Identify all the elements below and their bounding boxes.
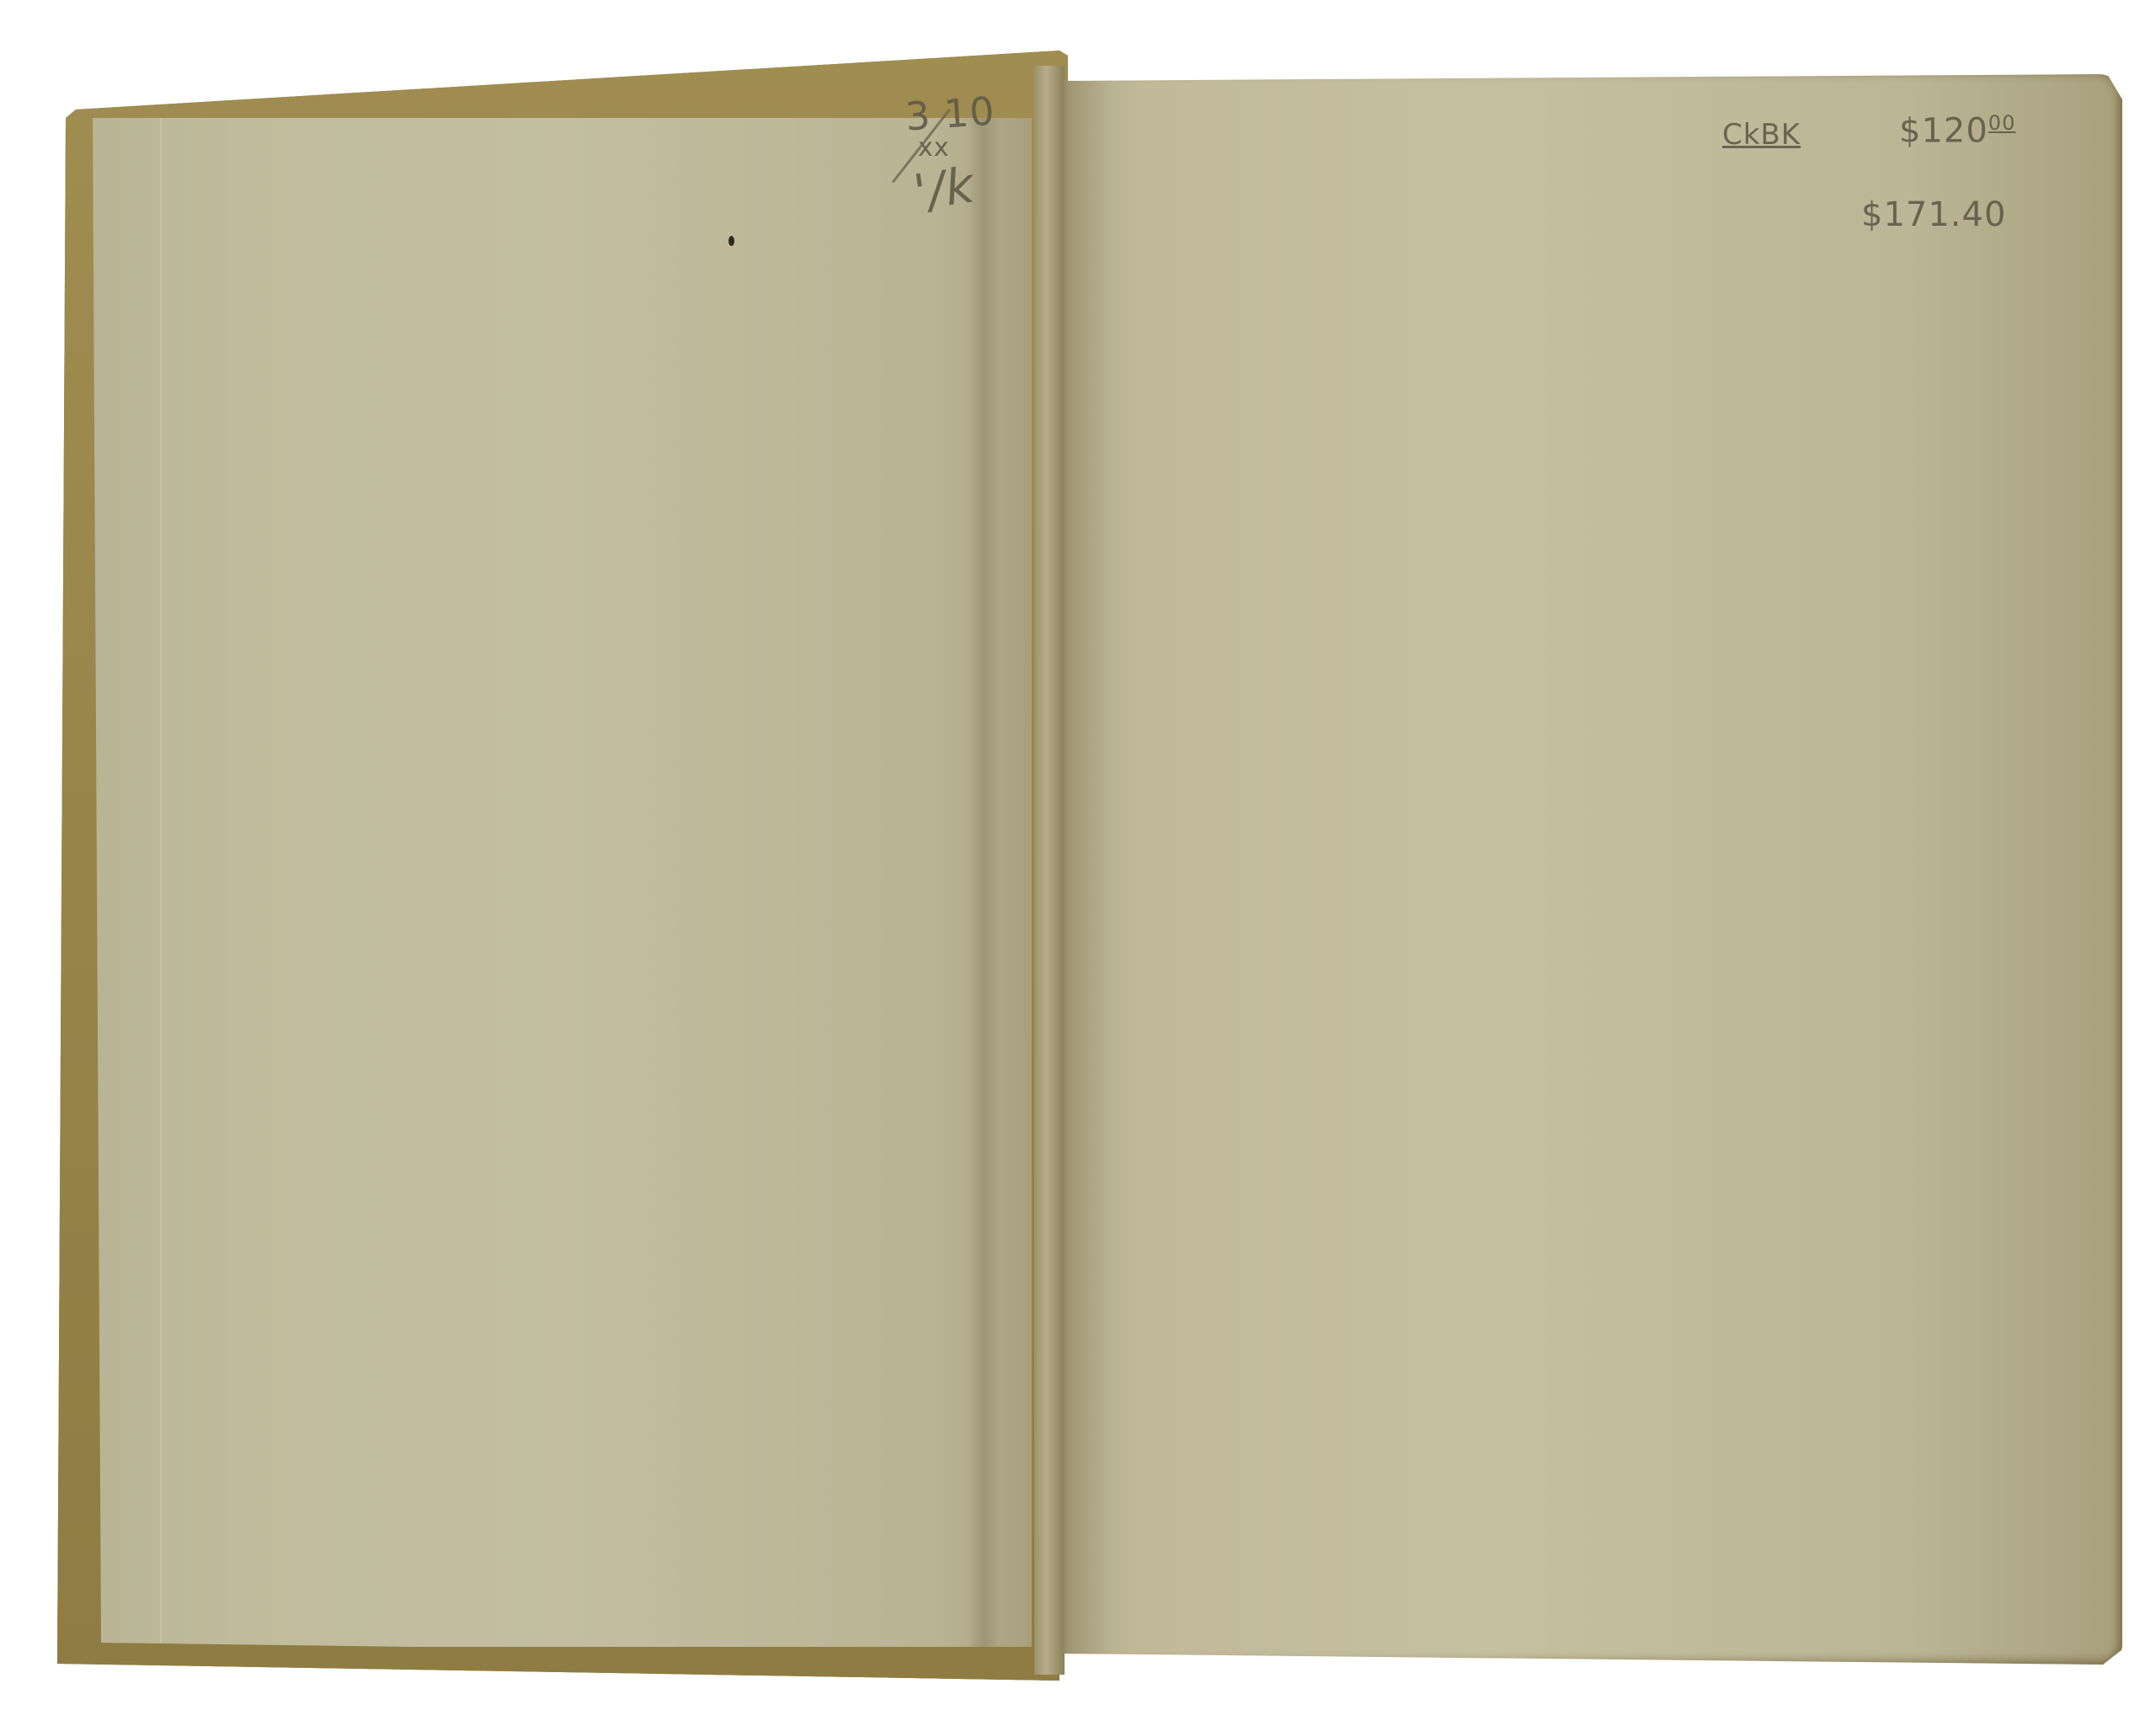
pencil-note-second-price: $171.40 [1861,195,2006,234]
gutter-fold-shadow [967,118,1001,1647]
paper-speck [728,236,734,246]
pencil-note-number: 3 10 [904,88,996,139]
spine-hinge [1034,66,1065,1675]
front-pastedown-page [93,118,1032,1647]
pencil-note-price: $12000 [1899,111,2015,150]
book-photo: 3 10 xx '/k CkBK $12000 $171.40 [0,0,2156,1721]
price-cents: 00 [1988,111,2016,135]
pencil-note-code: CkBK [1722,118,1801,152]
price-main: $120 [1899,111,1988,150]
pencil-note-xx: xx [918,133,950,163]
turn-in-edge [160,118,162,1647]
pencil-note-initials: '/k [910,156,979,221]
free-endpaper-page [1063,74,2122,1665]
endpaper-fold-shadow [1063,74,1113,1665]
